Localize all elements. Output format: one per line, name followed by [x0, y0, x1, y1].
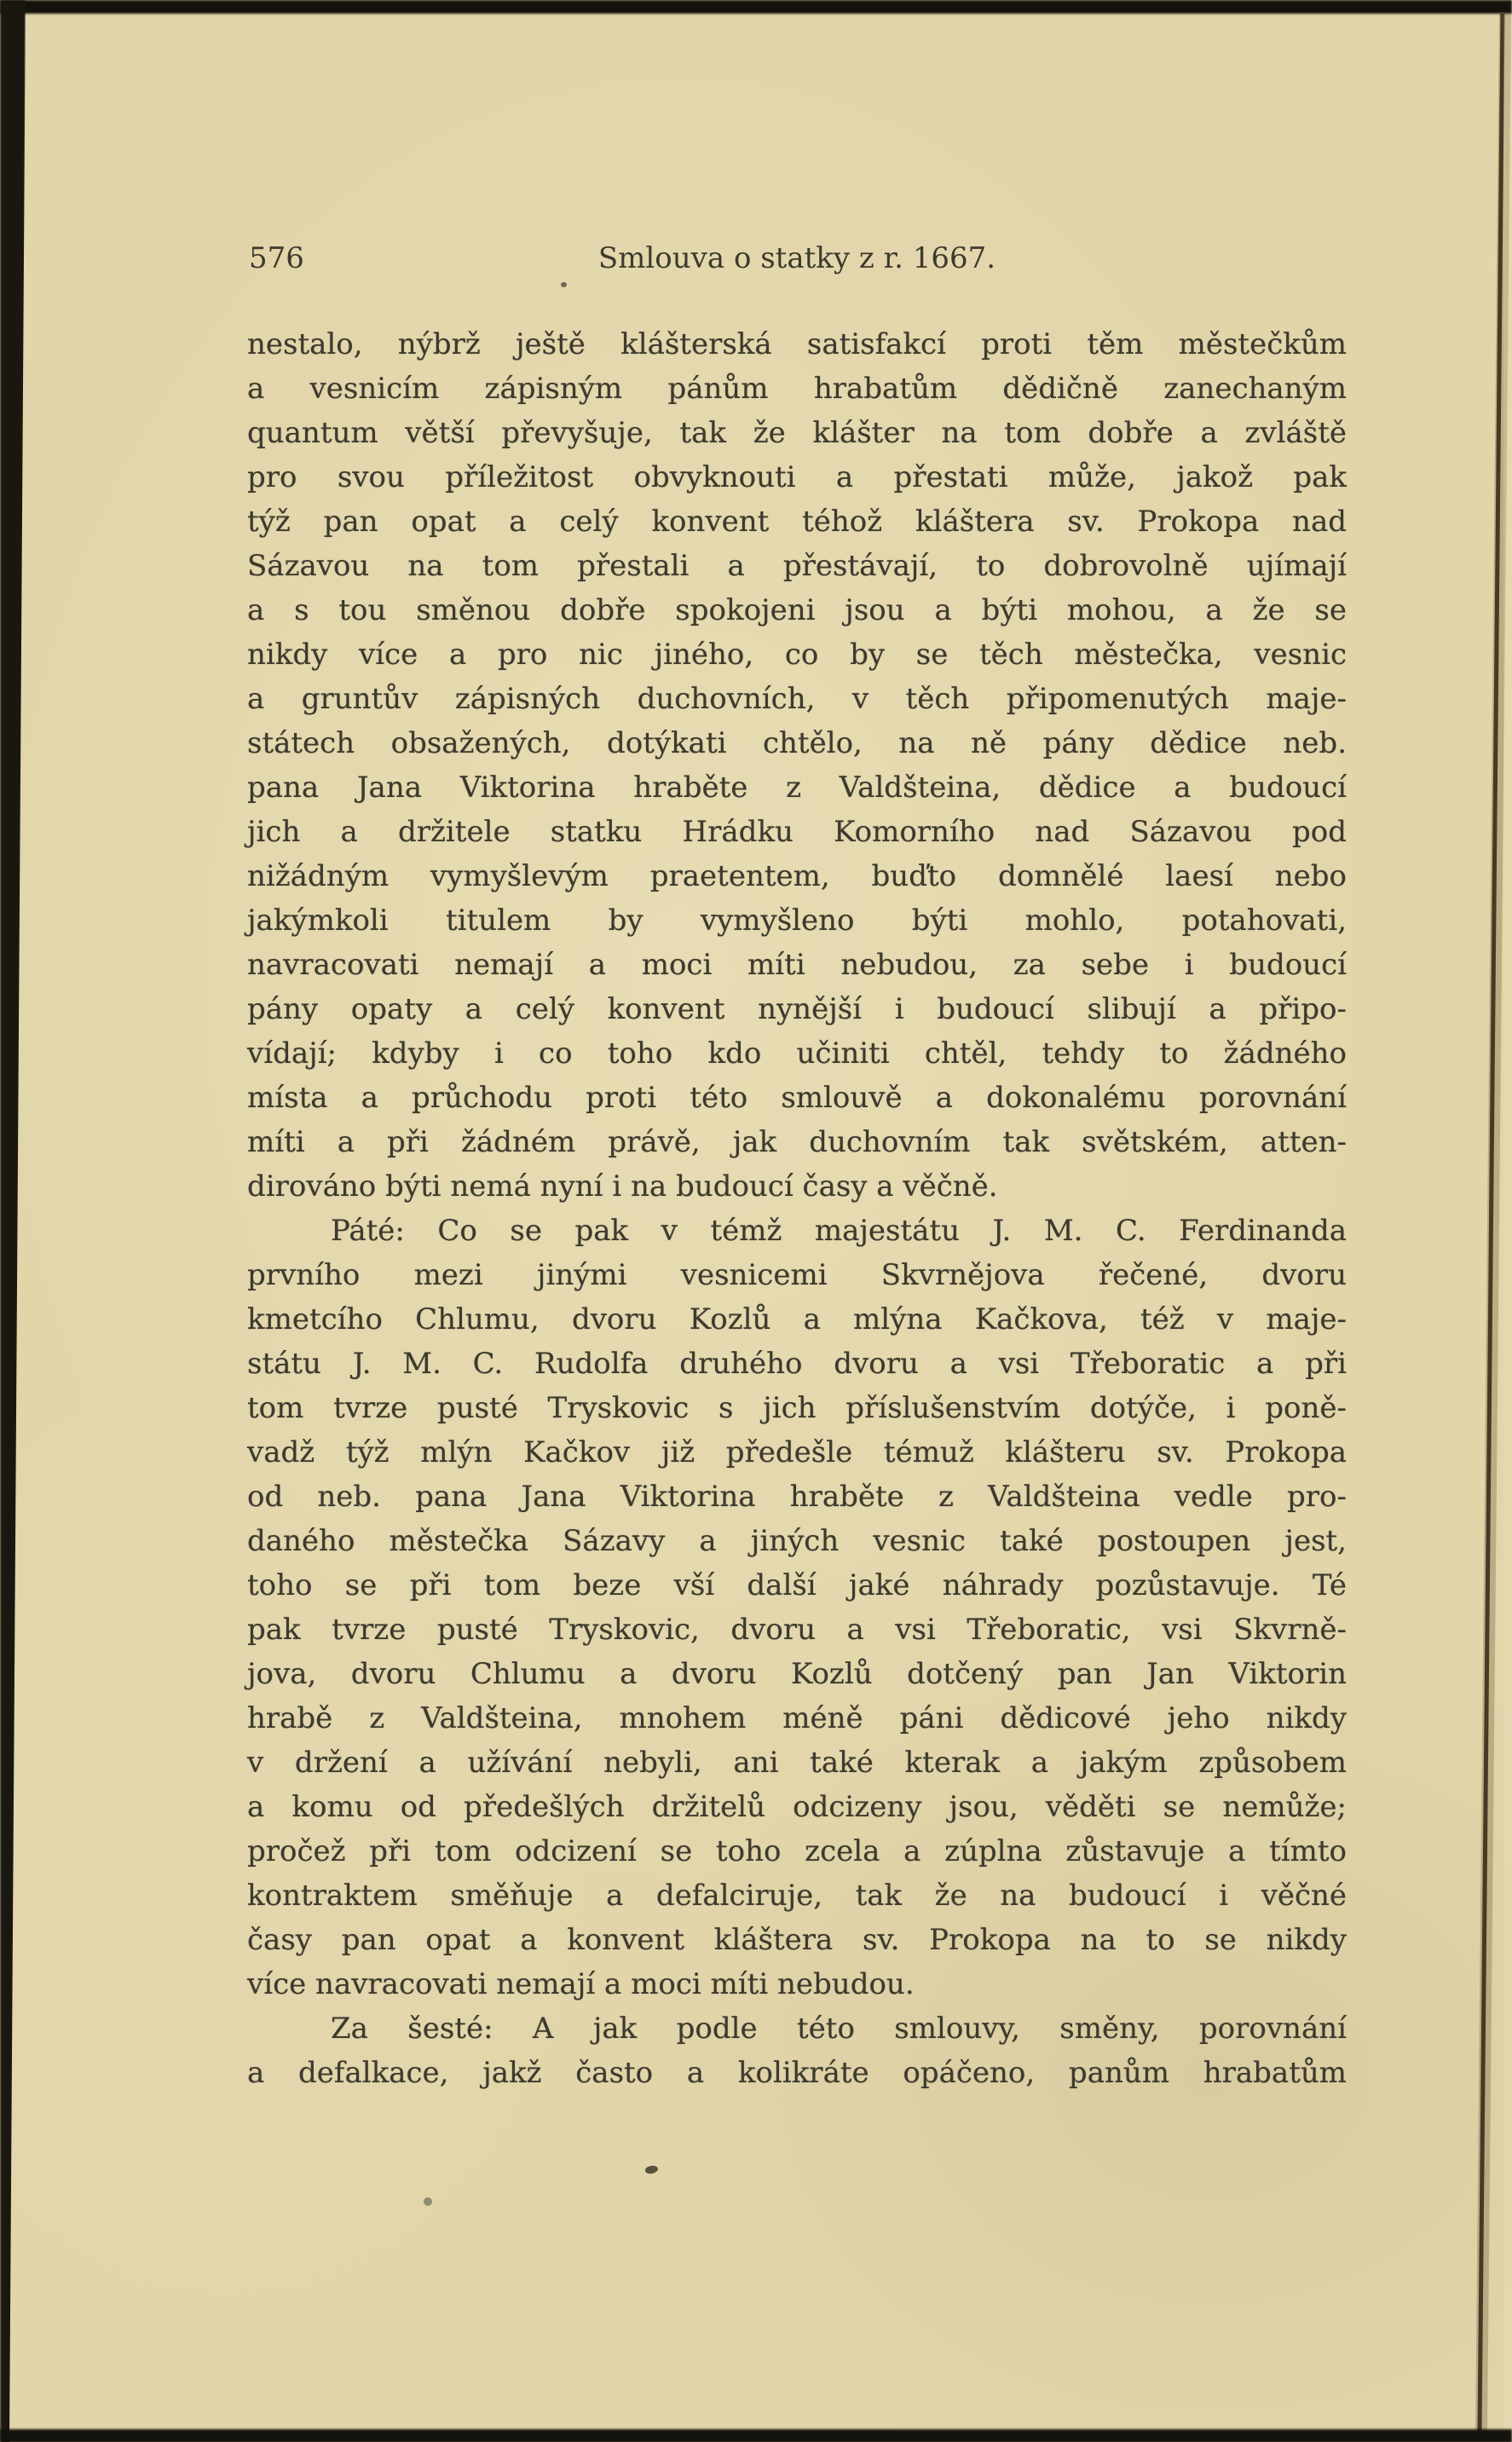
text-line: časy pan opat a konvent kláštera sv. Pro…	[247, 1918, 1347, 1962]
text-line: pak tvrze pusté Tryskovic, dvoru a vsi T…	[247, 1608, 1347, 1652]
text-line: navracovati nemají a moci míti nebudou, …	[247, 943, 1347, 987]
text-line: nižádným vymyšlevým praetentem, buďto do…	[247, 854, 1347, 898]
text-line: quantum větší převyšuje, tak že klášter …	[247, 411, 1347, 455]
scan-border-bottom	[0, 2429, 1512, 2442]
text-line: nikdy více a pro nic jiného, co by se tě…	[247, 632, 1347, 677]
text-line: Sázavou na tom přestali a přestávají, to…	[247, 544, 1347, 588]
text-line: jich a držitele statku Hrádku Komorního …	[247, 810, 1347, 854]
text-line: státu J. M. C. Rudolfa druhého dvoru a v…	[247, 1342, 1347, 1386]
scan-speck	[561, 282, 567, 287]
text-line: pana Jana Viktorina hraběte z Valdšteina…	[247, 765, 1347, 810]
text-line: pročež při tom odcizení se toho zcela a …	[247, 1829, 1347, 1873]
text-line: a gruntův zápisných duchovních, v těch p…	[247, 677, 1347, 721]
text-line: vídají; kdyby i co toho kdo učiniti chtě…	[247, 1031, 1347, 1076]
text-line: a komu od předešlých držitelů odcizeny j…	[247, 1785, 1347, 1829]
text-line: jova, dvoru Chlumu a dvoru Kozlů dotčený…	[247, 1652, 1347, 1696]
text-line: v držení a užívání nebyli, ani také kter…	[247, 1741, 1347, 1785]
book-page-scan: 576 Smlouva o statky z r. 1667. nestalo,…	[0, 0, 1512, 2442]
text-line: dirováno býti nemá nyní i na budoucí čas…	[247, 1164, 1347, 1209]
text-line: a vesnicím zápisným pánům hrabatům dědič…	[247, 367, 1347, 411]
text-line: kontraktem směňuje a defalciruje, tak že…	[247, 1873, 1347, 1918]
text-line: státech obsažených, dotýkati chtělo, na …	[247, 721, 1347, 765]
text-line: vadž týž mlýn Kačkov již předešle témuž …	[247, 1430, 1347, 1475]
text-line: od neb. pana Jana Viktorina hraběte z Va…	[247, 1475, 1347, 1519]
text-line: místa a průchodu proti této smlouvě a do…	[247, 1076, 1347, 1120]
scan-speck	[644, 2165, 659, 2175]
text-line: toho se při tom beze vší další jaké náhr…	[247, 1563, 1347, 1608]
text-line: hrabě z Valdšteina, mnohem méně páni děd…	[247, 1696, 1347, 1741]
text-line: týž pan opat a celý konvent téhož klášte…	[247, 499, 1347, 544]
text-line: Za šesté: A jak podle této smlouvy, směn…	[247, 2006, 1347, 2051]
text-line: a defalkace, jakž často a kolikráte opáč…	[247, 2051, 1347, 2095]
text-line: a s tou směnou dobře spokojeni jsou a bý…	[247, 588, 1347, 632]
text-line: Páté: Co se pak v témž majestátu J. M. C…	[247, 1209, 1347, 1253]
scan-border-left	[0, 0, 26, 2442]
text-line: pro svou příležitost obvyknouti a přesta…	[247, 455, 1347, 499]
text-line: nestalo, nýbrž ještě klášterská satisfak…	[247, 322, 1347, 367]
running-head: 576 Smlouva o statky z r. 1667.	[247, 240, 1347, 280]
text-line: pány opaty a celý konvent nynější i budo…	[247, 987, 1347, 1031]
text-line: míti a při žádném právě, jak duchovním t…	[247, 1120, 1347, 1164]
text-line: kmetcího Chlumu, dvoru Kozlů a mlýna Kač…	[247, 1297, 1347, 1342]
text-line: jakýmkoli titulem by vymyšleno býti mohl…	[247, 898, 1347, 943]
text-line: prvního mezi jinými vesnicemi Skvrnějova…	[247, 1253, 1347, 1297]
scan-speck	[424, 2197, 432, 2206]
text-line: tom tvrze pusté Tryskovic s jich přísluš…	[247, 1386, 1347, 1430]
scan-border-top	[0, 0, 1512, 14]
text-line: více navracovati nemají a moci míti nebu…	[247, 1962, 1347, 2006]
text-line: daného městečka Sázavy a jiných vesnic t…	[247, 1519, 1347, 1563]
page-body: nestalo, nýbrž ještě klášterská satisfak…	[247, 322, 1347, 2095]
running-title: Smlouva o statky z r. 1667.	[247, 240, 1347, 277]
